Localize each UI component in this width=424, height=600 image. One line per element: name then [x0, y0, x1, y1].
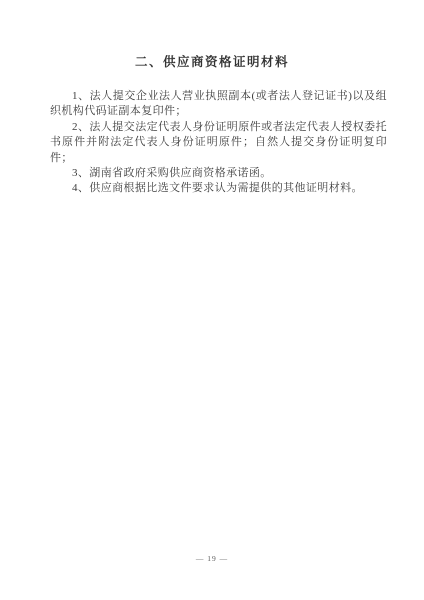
- paragraph-item-2: 2、法人提交法定代表人身份证明原件或者法定代表人授权委托书原件并附法定代表人身份…: [50, 120, 387, 166]
- page-number: — 19 —: [0, 554, 424, 563]
- page-title: 二、供应商资格证明材料: [0, 0, 424, 70]
- paragraph-item-3: 3、湖南省政府采购供应商资格承诺函。: [50, 166, 387, 181]
- document-body: 1、法人提交企业法人营业执照副本(或者法人登记证书)以及组织机构代码证副本复印件…: [50, 89, 387, 197]
- paragraph-item-4: 4、供应商根据比选文件要求认为需提供的其他证明材料。: [50, 181, 387, 196]
- document-page: 二、供应商资格证明材料 1、法人提交企业法人营业执照副本(或者法人登记证书)以及…: [0, 0, 424, 600]
- paragraph-item-1: 1、法人提交企业法人营业执照副本(或者法人登记证书)以及组织机构代码证副本复印件…: [50, 89, 387, 120]
